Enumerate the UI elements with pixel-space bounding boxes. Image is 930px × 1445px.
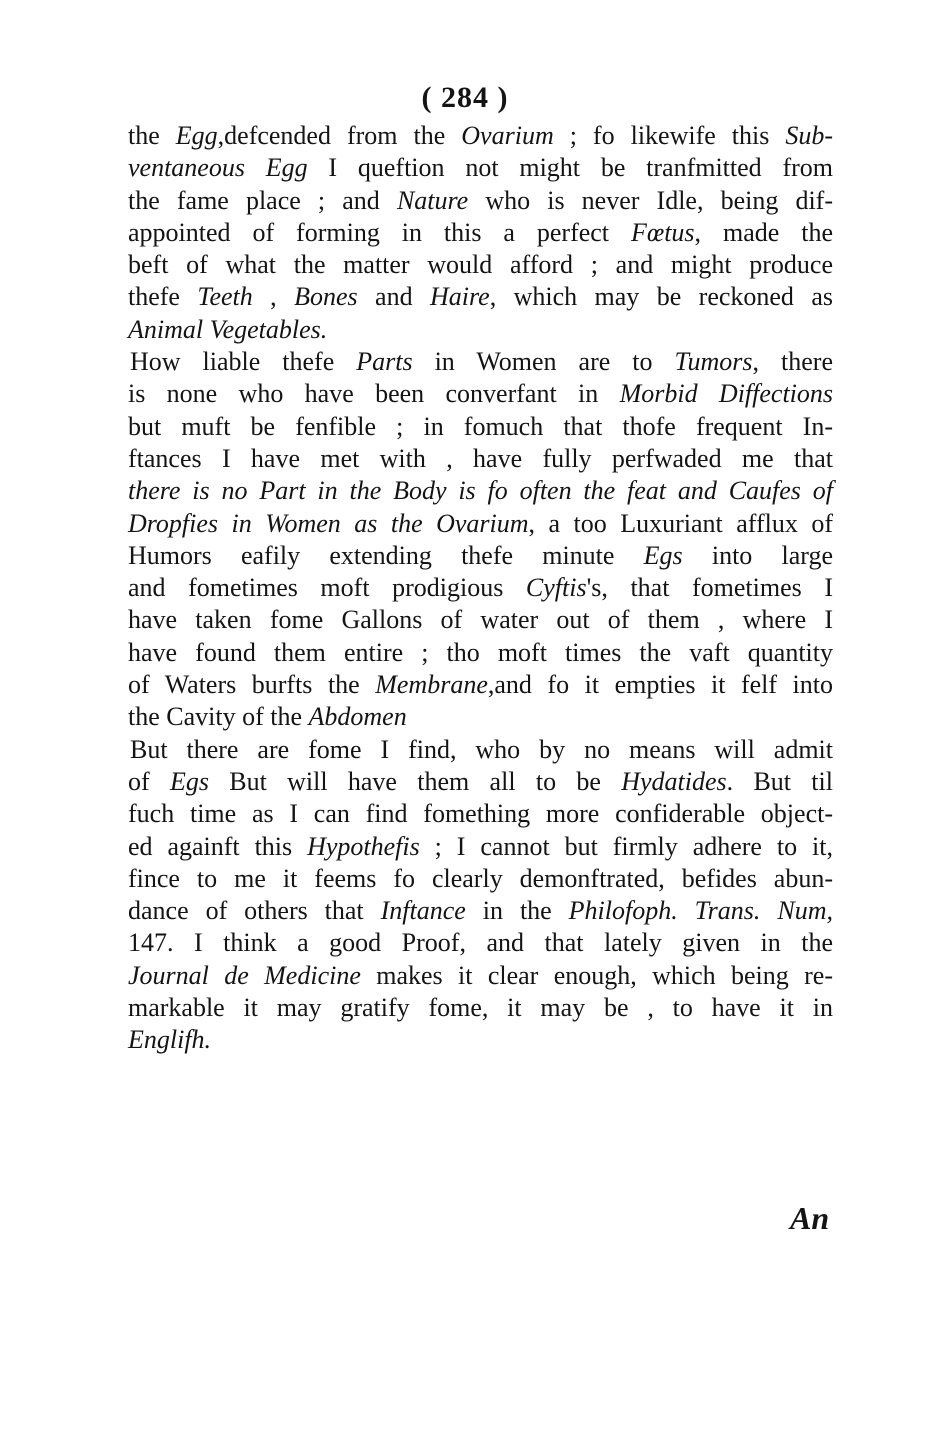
text-line: there is no Part in the Body is fo often… [128,475,833,507]
text-segment: I queftion not might be tranfmitted from [308,153,833,182]
text-segment: the [128,121,176,150]
text-line: of Waters burfts the Membrane,and fo it … [128,669,833,701]
text-segment: ed againft this [128,832,307,861]
text-line: appointed of forming in this a perfect F… [128,217,833,249]
text-line: Englifh. [128,1024,833,1056]
text-segment: , made the [695,218,833,247]
italic-text: Egs [170,767,209,796]
text-line: fince to me it feems fo clearly demonftr… [128,863,833,895]
text-segment: But there are fome I find, who by no mea… [130,735,833,764]
text-segment: . But til [727,767,833,796]
text-segment: the Cavity of the [128,702,309,731]
text-segment: fince to me it feems fo clearly demonftr… [128,864,833,893]
text-line: the Egg,defcended from the Ovarium ; fo … [128,120,833,152]
text-line: but muft be fenfible ; in fomuch that th… [128,411,833,443]
italic-text: Haire [430,282,490,311]
catchword: An [790,1198,829,1238]
text-segment: ftances I have met with , have fully per… [128,444,833,473]
text-segment: but muft be fenfible ; in fomuch that th… [128,412,833,441]
text-segment: appointed of forming in this a perfect [128,218,631,247]
text-line: Dropfies in Women as the Ovarium, a too … [128,508,833,540]
text-segment: ,defcended from the [218,121,462,150]
italic-text: Tumors [675,347,753,376]
text-segment: and [358,282,430,311]
text-segment: Humors eafily extending thefe minute [128,541,644,570]
text-line: dance of others that Inftance in the Phi… [128,895,833,927]
text-line: thefe Teeth , Bones and Haire, which may… [128,281,833,313]
text-segment: in the [466,896,569,925]
italic-text: Abdomen [309,702,407,731]
text-segment: But will have them all to be [209,767,621,796]
italic-text: Teeth [197,282,252,311]
italic-text: Animal Vegetables. [128,315,327,344]
text-segment: who is never Idle, being dif- [468,186,833,215]
text-segment: have taken fome Gallons of water out of … [128,605,833,634]
italic-text: Hypothefis [307,832,420,861]
text-line: 147. I think a good Proof, and that late… [128,927,833,959]
italic-text: Cyftis [526,573,587,602]
text-line: fuch time as I can find fomething more c… [128,798,833,830]
italic-text: Inftance [381,896,466,925]
text-segment: of Waters burfts the [128,670,375,699]
book-page: ( 284 ) the Egg,defcended from the Ovari… [0,0,930,1445]
text-segment: ; I cannot but firmly adhere to it, [420,832,833,861]
text-line: ed againft this Hypothefis ; I cannot bu… [128,831,833,863]
text-segment: , there [753,347,833,376]
italic-text: ventaneous Egg [128,153,308,182]
text-segment: have found them entire ; tho moft times … [128,638,833,667]
italic-text: Parts [356,347,412,376]
italic-text: Bones [294,282,358,311]
paragraph-first-line: How liable thefe Parts in Women are to T… [128,346,833,378]
italic-text: Fœtus [631,218,695,247]
text-segment: fuch time as I can find fomething more c… [128,799,833,828]
text-segment: markable it may gratify fome, it may be … [128,993,833,1022]
text-line: Humors eafily extending thefe minute Egs… [128,540,833,572]
text-line: and fometimes moft prodigious Cyftis's, … [128,572,833,604]
italic-text: Philofoph. Trans. Num, [569,896,833,925]
text-segment: the fame place ; and [128,186,397,215]
text-segment: into large [683,541,833,570]
text-segment: , a too Luxuriant afflux of [529,509,833,538]
italic-text: Dropfies in Women as the Ovarium [128,509,529,538]
text-segment: makes it clear enough, which being re- [361,961,833,990]
text-segment: , which may be reckoned as [490,282,833,311]
text-line: ftances I have met with , have fully per… [128,443,833,475]
italic-text: Egs [644,541,683,570]
text-line: markable it may gratify fome, it may be … [128,992,833,1024]
text-segment: in Women are to [413,347,675,376]
italic-text: Membrane [375,670,488,699]
text-segment: beft of what the matter would afford ; a… [128,250,833,279]
text-line: ventaneous Egg I queftion not might be t… [128,152,833,184]
page-number: ( 284 ) [0,80,930,116]
text-line: of Egs But will have them all to be Hyda… [128,766,833,798]
italic-text: Morbid Diffections [620,379,833,408]
text-line: beft of what the matter would afford ; a… [128,249,833,281]
paragraph-first-line: But there are fome I find, who by no mea… [128,734,833,766]
italic-text: Hydatides [621,767,726,796]
body-text: the Egg,defcended from the Ovarium ; fo … [128,120,833,1057]
text-segment: ; fo likewife this [554,121,786,150]
text-segment: is none who have been converfant in [128,379,620,408]
italic-text: there is no Part in the Body is fo often… [128,476,833,505]
text-line: Animal Vegetables. [128,314,833,346]
text-line: the Cavity of the Abdomen [128,701,833,733]
text-segment: ,and fo it empties it felf into [488,670,833,699]
text-segment: of [128,767,170,796]
text-line: Journal de Medicine makes it clear enoug… [128,960,833,992]
italic-text: Ovarium [461,121,553,150]
text-segment: How liable thefe [130,347,356,376]
text-segment: thefe [128,282,197,311]
text-segment: 147. I think a good Proof, and that late… [128,928,833,957]
text-line: have taken fome Gallons of water out of … [128,604,833,636]
text-line: the fame place ; and Nature who is never… [128,185,833,217]
text-segment: dance of others that [128,896,381,925]
italic-text: Sub- [785,121,833,150]
italic-text: Journal de Medicine [128,961,361,990]
italic-text: Egg [176,121,218,150]
text-line: is none who have been converfant in Morb… [128,378,833,410]
italic-text: Englifh. [128,1025,211,1054]
text-segment: and fometimes moft prodigious [128,573,526,602]
italic-text: Nature [397,186,468,215]
text-segment: 's, that fometimes I [587,573,833,602]
text-segment: , [253,282,294,311]
text-line: have found them entire ; tho moft times … [128,637,833,669]
